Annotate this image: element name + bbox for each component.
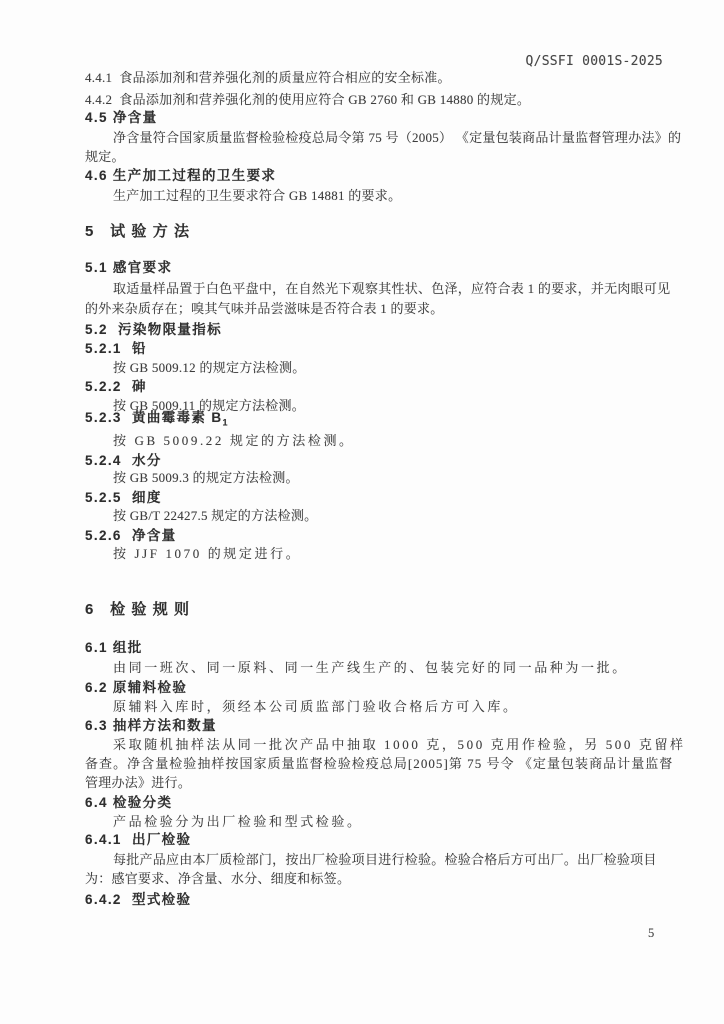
paragraph-line: 按 GB 5009.3 的规定方法检测。: [113, 470, 299, 486]
paragraph-line: 备查。净含量检验抽样按国家质量监督检验检疫总局[2005]第 75 号令 《定量…: [85, 756, 673, 772]
heading-6-4-2: 6.4.2 型式检验: [85, 892, 191, 908]
paragraph-line: 管理办法》进行。: [85, 775, 191, 791]
paragraph-line: 每批产品应由本厂质检部门，按出厂检验项目进行检验。检验合格后方可出厂。出厂检验项…: [113, 852, 657, 868]
paragraph-line: 由同一班次、同一原料、同一生产线生产的、包装完好的同一品种为一批。: [113, 660, 628, 676]
heading-4-5: 4.5 净含量: [85, 110, 157, 126]
paragraph-line: 按 GB/T 22427.5 规定的方法检测。: [113, 508, 317, 524]
paragraph-line: 按 GB 5009.12 的规定方法检测。: [113, 360, 306, 376]
heading-5-1: 5.1 感官要求: [85, 260, 172, 276]
heading-6-3: 6.3 抽样方法和数量: [85, 718, 217, 734]
heading-5-2-6: 5.2.6 净含量: [85, 528, 177, 544]
paragraph-line: 为：感官要求、净含量、水分、细度和标签。: [85, 871, 350, 887]
document-code: Q/SSFI 0001S-2025: [526, 54, 663, 69]
heading-5-2-4: 5.2.4 水分: [85, 453, 162, 469]
page-number: 5: [648, 926, 654, 941]
paragraph-line: 取适量样品置于白色平盘中，在自然光下观察其性状、色泽，应符合表 1 的要求，并无…: [113, 281, 670, 297]
paragraph-line: 采取随机抽样法从同一批次产品中抽取 1000 克，500 克用作检验，另 500…: [113, 737, 686, 753]
heading-5: 5 试验方法: [85, 224, 195, 240]
paragraph-line: 净含量符合国家质量监督检验检疫总局令第 75 号（2005） 《定量包装商品计量…: [113, 130, 681, 146]
paragraph-line: 按 JJF 1070 的规定进行。: [113, 546, 301, 562]
document-page: Q/SSFI 0001S-2025 4.4.1 食品添加剂和营养强化剂的质量应符…: [0, 0, 724, 1024]
heading-5-2-1: 5.2.1 铅: [85, 341, 147, 357]
heading-6-2: 6.2 原辅料检验: [85, 680, 187, 696]
clause-4-4-2: 4.4.2 食品添加剂和营养强化剂的使用应符合 GB 2760 和 GB 148…: [85, 92, 530, 108]
heading-6-4-1: 6.4.1 出厂检验: [85, 832, 191, 848]
paragraph-line: 生产加工过程的卫生要求符合 GB 14881 的要求。: [113, 188, 401, 204]
paragraph-line: 原辅料入库时，须经本公司质监部门验收合格后方可入库。: [113, 699, 519, 715]
clause-4-4-1: 4.4.1 食品添加剂和营养强化剂的质量应符合相应的安全标准。: [85, 70, 451, 86]
heading-5-2-3: 5.2.3 黄曲霉毒素 B1: [85, 410, 229, 426]
paragraph-line: 的外来杂质存在；嗅其气味并品尝滋味是否符合表 1 的要求。: [85, 301, 444, 317]
heading-5-2-2: 5.2.2 砷: [85, 379, 147, 395]
aflatoxin-b1-subscript: 1: [222, 418, 228, 428]
heading-5-2-3-text: 5.2.3 黄曲霉毒素 B: [85, 410, 222, 425]
heading-4-6: 4.6 生产加工过程的卫生要求: [85, 168, 276, 184]
paragraph-line: 按 GB 5009.22 规定的方法检测。: [113, 433, 355, 449]
heading-5-2-5: 5.2.5 细度: [85, 490, 162, 506]
paragraph-line: 规定。: [85, 149, 125, 165]
heading-6-1: 6.1 组批: [85, 640, 143, 656]
heading-6-4: 6.4 检验分类: [85, 795, 172, 811]
paragraph-line: 产品检验分为出厂检验和型式检验。: [113, 814, 363, 830]
heading-6: 6 检验规则: [85, 602, 195, 618]
heading-5-2: 5.2 污染物限量指标: [85, 322, 222, 338]
